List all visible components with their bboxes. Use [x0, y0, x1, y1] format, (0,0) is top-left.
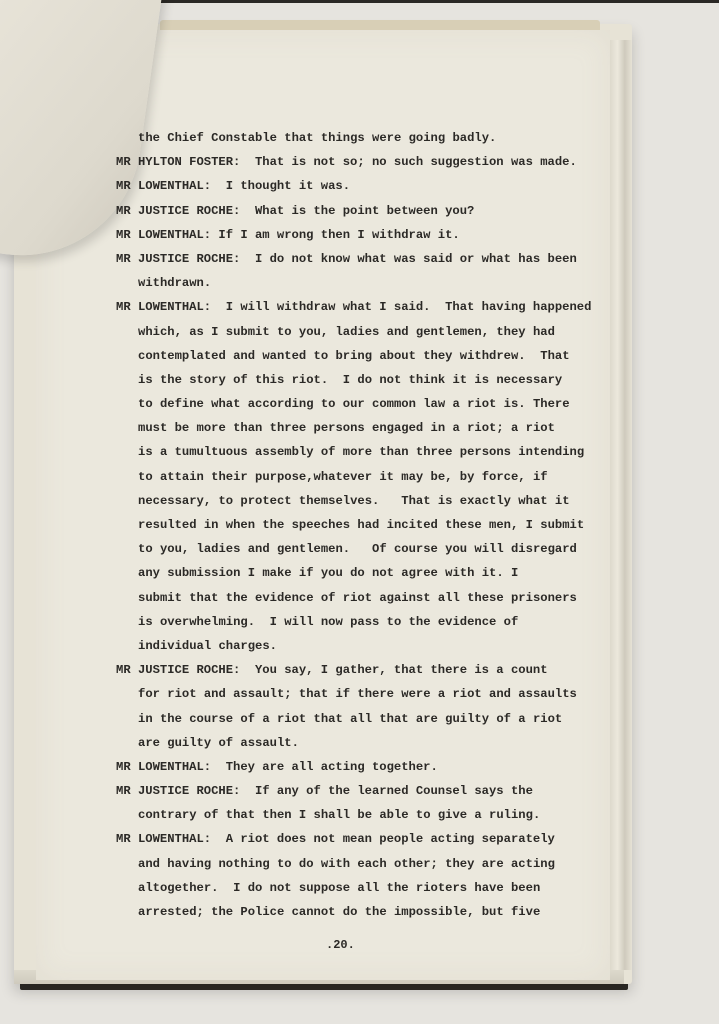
- page-top-edge: [160, 20, 600, 30]
- speaker-line: MR JUSTICE ROCHE: I do not know what was…: [116, 247, 596, 271]
- transcript-line: the Chief Constable that things were goi…: [116, 126, 596, 150]
- transcript-line: which, as I submit to you, ladies and ge…: [116, 320, 596, 344]
- transcript-line: is the story of this riot. I do not thin…: [116, 368, 596, 392]
- transcript-line: to define what according to our common l…: [116, 392, 596, 416]
- speaker-line: MR LOWENTHAL: If I am wrong then I withd…: [116, 223, 596, 247]
- speaker-line: MR LOWENTHAL: They are all acting togeth…: [116, 755, 596, 779]
- transcript-line: arrested; the Police cannot do the impos…: [116, 900, 596, 924]
- page-number: .20.: [326, 938, 355, 952]
- transcript-line: for riot and assault; that if there were…: [116, 682, 596, 706]
- speaker-line: MR JUSTICE ROCHE: If any of the learned …: [116, 779, 596, 803]
- transcript-line: any submission I make if you do not agre…: [116, 561, 596, 585]
- transcript-line: withdrawn.: [116, 271, 596, 295]
- speaker-line: MR LOWENTHAL: A riot does not mean peopl…: [116, 827, 596, 851]
- transcript-line: is a tumultuous assembly of more than th…: [116, 440, 596, 464]
- transcript-line: necessary, to protect themselves. That i…: [116, 489, 596, 513]
- speaker-line: MR LOWENTHAL: I will withdraw what I sai…: [116, 295, 596, 319]
- transcript-line: individual charges.: [116, 634, 596, 658]
- transcript-line: is overwhelming. I will now pass to the …: [116, 610, 596, 634]
- speaker-line: MR LOWENTHAL: I thought it was.: [116, 174, 596, 198]
- transcript-line: altogether. I do not suppose all the rio…: [116, 876, 596, 900]
- transcript-line: contemplated and wanted to bring about t…: [116, 344, 596, 368]
- transcript-line: contrary of that then I shall be able to…: [116, 803, 596, 827]
- court-transcript: the Chief Constable that things were goi…: [116, 126, 596, 924]
- transcript-line: resulted in when the speeches had incite…: [116, 513, 596, 537]
- transcript-line: submit that the evidence of riot against…: [116, 586, 596, 610]
- page-stack-edge-right: [608, 40, 632, 970]
- transcript-line: and having nothing to do with each other…: [116, 852, 596, 876]
- speaker-line: MR JUSTICE ROCHE: You say, I gather, tha…: [116, 658, 596, 682]
- transcript-line: must be more than three persons engaged …: [116, 416, 596, 440]
- top-border: [130, 0, 719, 3]
- transcript-line: are guilty of assault.: [116, 731, 596, 755]
- speaker-line: MR JUSTICE ROCHE: What is the point betw…: [116, 199, 596, 223]
- speaker-line: MR HYLTON FOSTER: That is not so; no suc…: [116, 150, 596, 174]
- transcript-line: to you, ladies and gentlemen. Of course …: [116, 537, 596, 561]
- transcript-line: to attain their purpose,whatever it may …: [116, 465, 596, 489]
- transcript-line: in the course of a riot that all that ar…: [116, 707, 596, 731]
